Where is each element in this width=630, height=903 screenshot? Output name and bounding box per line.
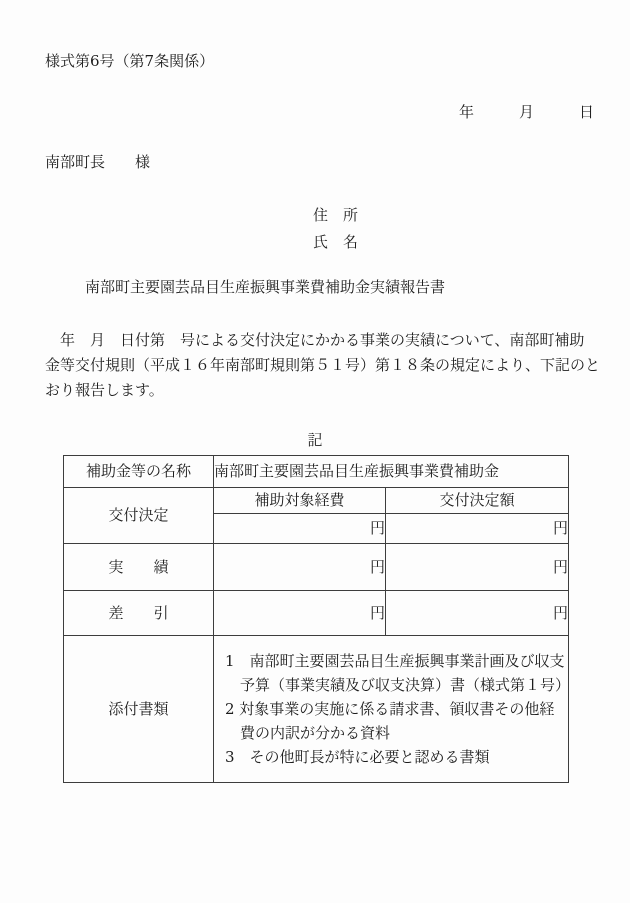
difference-expense-unit: 円	[214, 591, 386, 636]
attachment-line: 3 その他町長が特に必要と認める書類	[214, 745, 568, 769]
table-row-subsidy-name: 補助金等の名称 南部町主要園芸品目生産振興事業費補助金	[64, 456, 569, 488]
paragraph-line: 金等交付規則（平成１６年南部町規則第５１号）第１８条の規定により、下記のと	[45, 353, 590, 378]
name-label: 氏 名	[313, 229, 358, 256]
grant-decision-amount-unit: 円	[386, 514, 569, 544]
column-header-expense: 補助対象経費	[214, 488, 386, 514]
results-expense-unit: 円	[214, 544, 386, 591]
attachment-item: 3 その他町長が特に必要と認める書類	[214, 745, 568, 769]
column-header-amount: 交付決定額	[386, 488, 569, 514]
attachment-line: 費の内訳が分かる資料	[214, 721, 568, 745]
table-row-difference: 差 引 円 円	[64, 591, 569, 636]
attachment-line: 1 南部町主要園芸品目生産振興事業計画及び収支	[214, 649, 568, 673]
document-page: 様式第6号（第7条関係） 年 月 日 南部町長 様 住 所 氏 名 南部町主要園…	[0, 0, 630, 903]
paragraph-line: おり報告します。	[45, 378, 590, 403]
record-marker: 記	[0, 430, 630, 451]
difference-label: 差 引	[64, 591, 214, 636]
subsidy-name-label: 補助金等の名称	[64, 456, 214, 488]
table-row-grant-decision-header: 交付決定 補助対象経費 交付決定額	[64, 488, 569, 514]
address-label: 住 所	[313, 202, 358, 229]
report-table: 補助金等の名称 南部町主要園芸品目生産振興事業費補助金 交付決定 補助対象経費 …	[63, 455, 569, 783]
grant-decision-expense-unit: 円	[214, 514, 386, 544]
attachments-list: 1 南部町主要園芸品目生産振興事業計画及び収支予算（事業実績及び収支決算）書（様…	[214, 636, 569, 783]
attachment-item: 2 対象事業の実施に係る請求書、領収書その他経費の内訳が分かる資料	[214, 697, 568, 745]
table-row-attachments: 添付書類 1 南部町主要園芸品目生産振興事業計画及び収支予算（事業実績及び収支決…	[64, 636, 569, 783]
date-line: 年 月 日	[459, 102, 594, 123]
difference-amount-unit: 円	[386, 591, 569, 636]
document-title: 南部町主要園芸品目生産振興事業費補助金実績報告書	[85, 277, 445, 298]
body-paragraph: 年 月 日付第 号による交付決定にかかる事業の実績について、南部町補助金等交付規…	[45, 328, 590, 403]
attachment-item: 1 南部町主要園芸品目生産振興事業計画及び収支予算（事業実績及び収支決算）書（様…	[214, 649, 568, 697]
results-amount-unit: 円	[386, 544, 569, 591]
grant-decision-label: 交付決定	[64, 488, 214, 544]
table-row-results: 実 績 円 円	[64, 544, 569, 591]
addressee-line: 南部町長 様	[45, 152, 150, 173]
attachment-line: 2 対象事業の実施に係る請求書、領収書その他経	[214, 697, 568, 721]
paragraph-line: 年 月 日付第 号による交付決定にかかる事業の実績について、南部町補助	[45, 328, 590, 353]
results-label: 実 績	[64, 544, 214, 591]
applicant-block: 住 所 氏 名	[313, 202, 358, 256]
attachment-line: 予算（事業実績及び収支決算）書（様式第１号）	[214, 673, 568, 697]
form-number: 様式第6号（第7条関係）	[45, 51, 214, 72]
attachments-label: 添付書類	[64, 636, 214, 783]
subsidy-name-value: 南部町主要園芸品目生産振興事業費補助金	[214, 456, 569, 488]
